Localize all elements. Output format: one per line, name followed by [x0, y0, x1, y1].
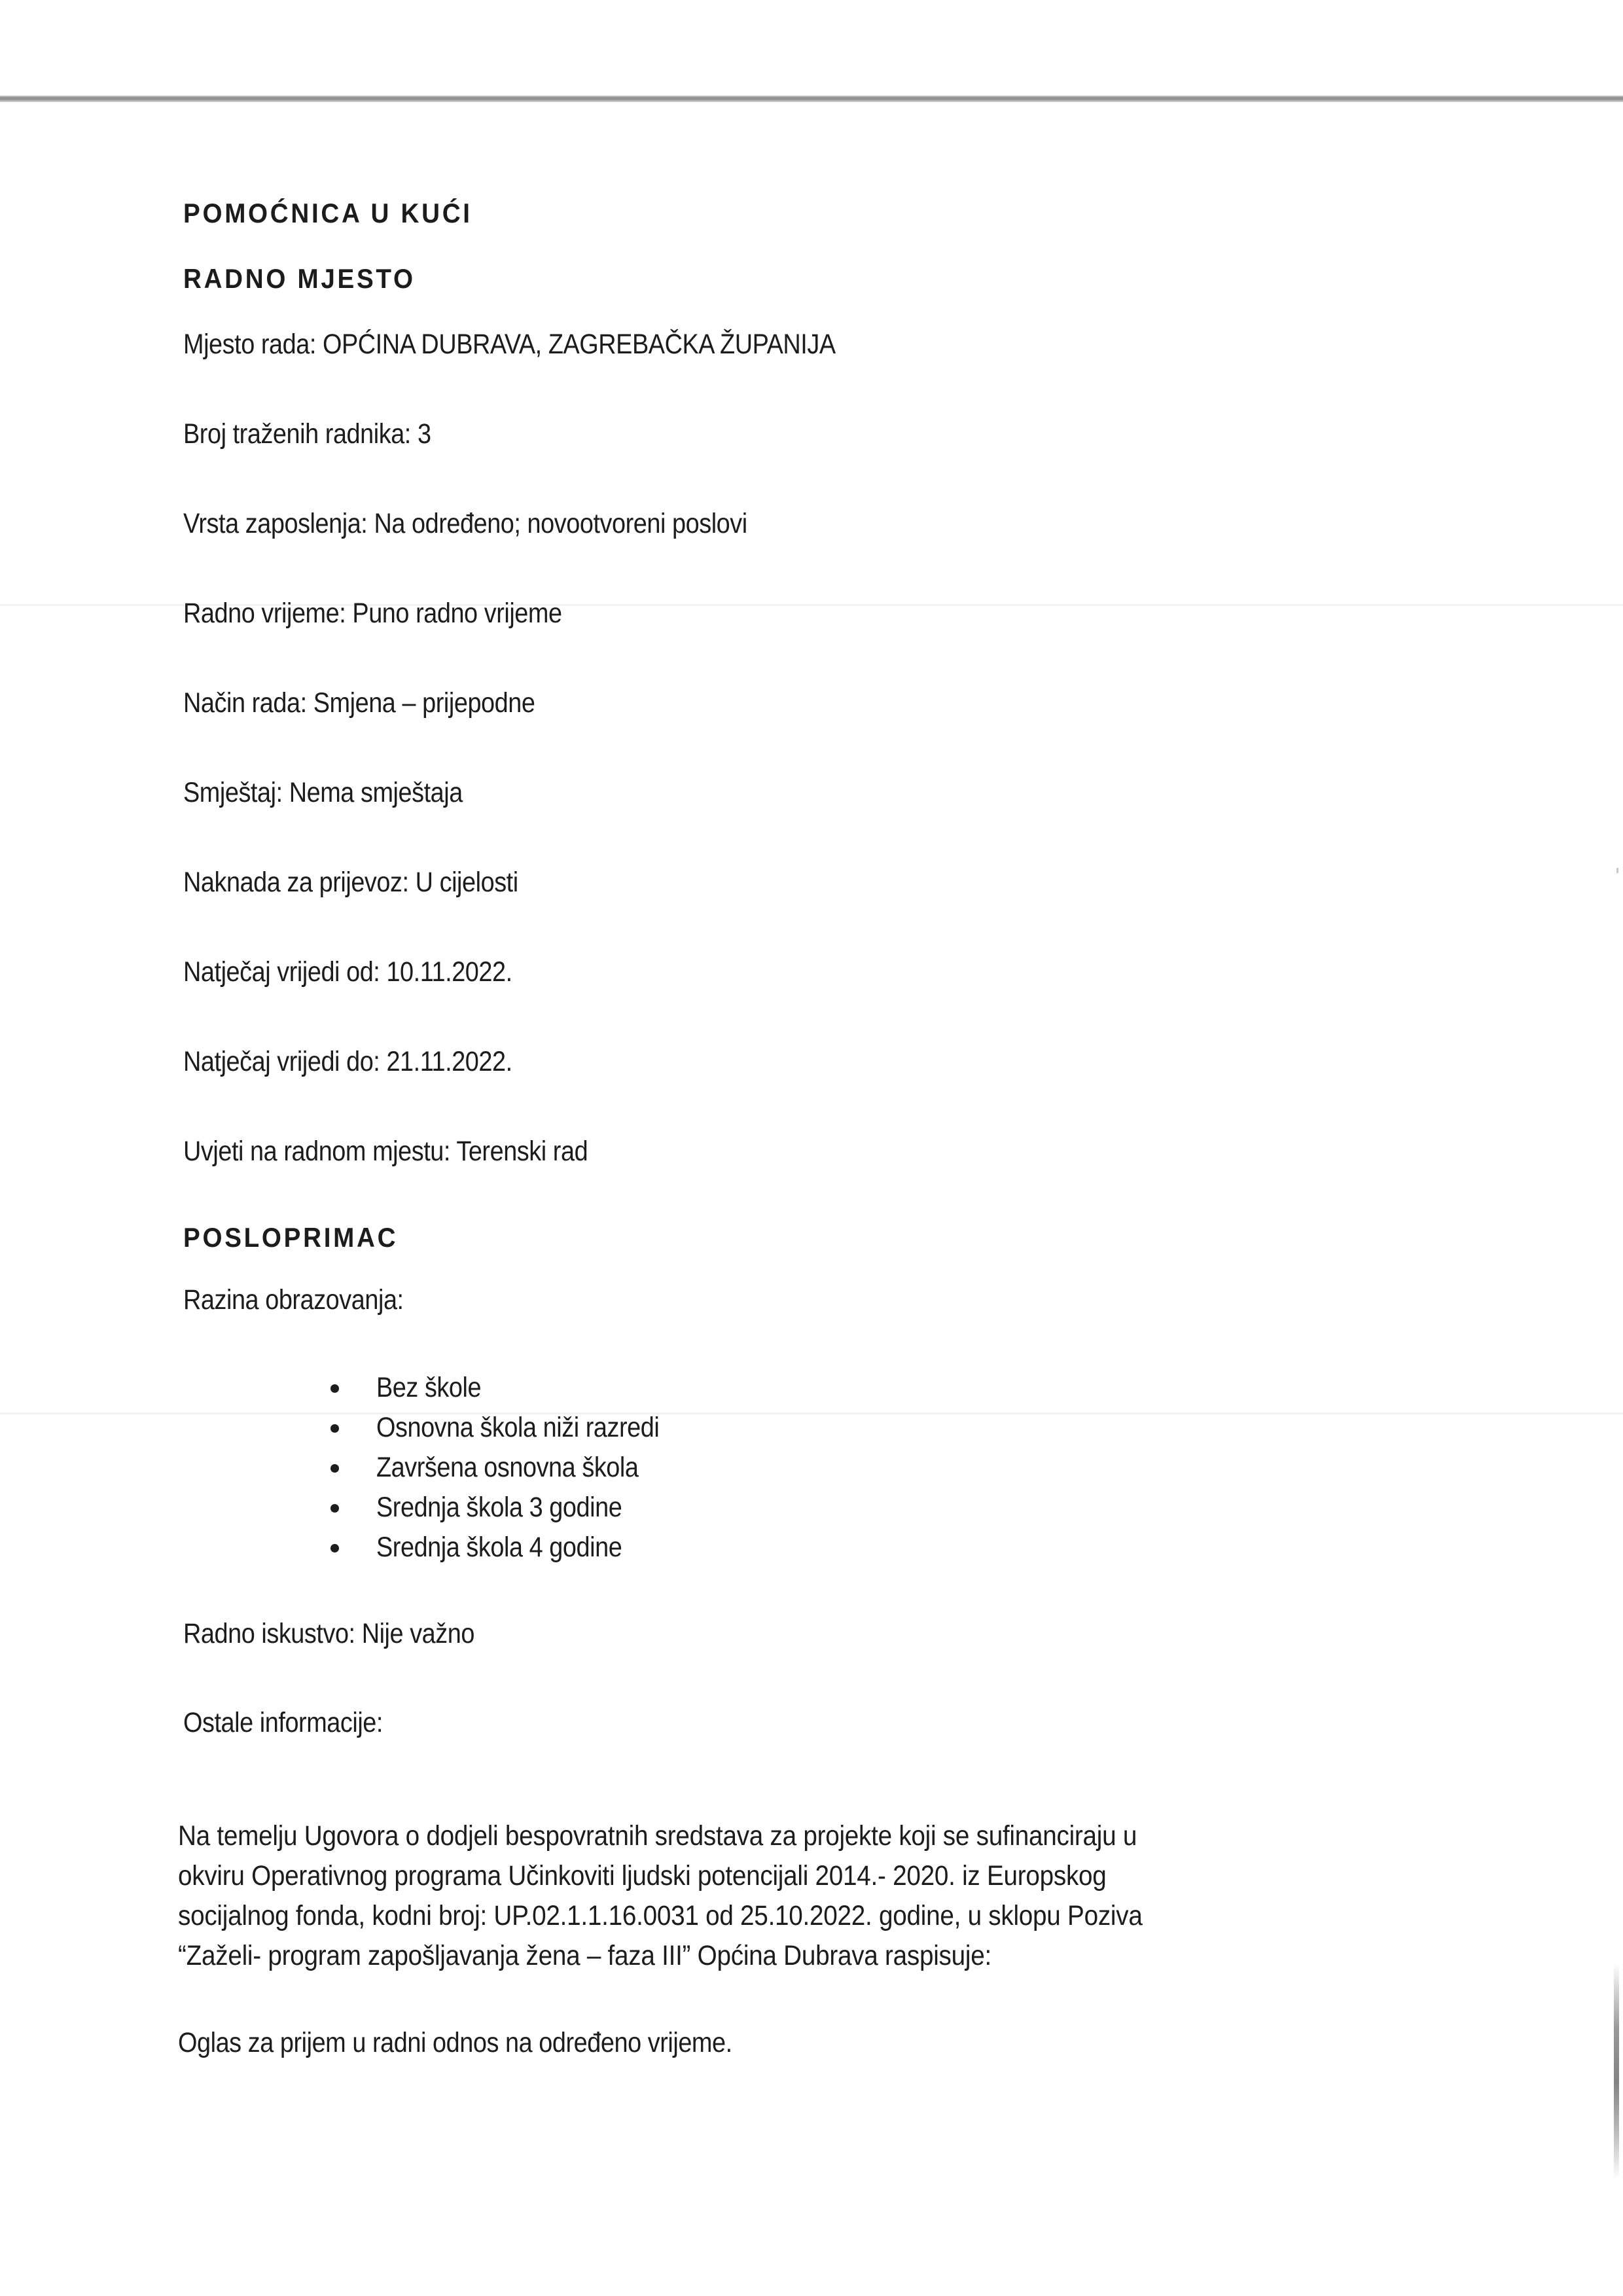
field-work-experience: Radno iskustvo: Nije važno — [183, 1617, 474, 1651]
field-work-conditions: Uvjeti na radnom mjestu: Terenski rad — [183, 1134, 588, 1168]
education-level: Osnovna škola niži razredi — [376, 1408, 659, 1448]
bullet-icon — [330, 1544, 339, 1552]
bullet-icon — [330, 1384, 339, 1393]
paragraph-line: “Zaželi- program zapošljavanja žena – fa… — [178, 1936, 1297, 1976]
education-level: Srednja škola 3 godine — [376, 1488, 622, 1528]
bullet-icon — [330, 1424, 339, 1433]
page-edge-shadow — [1614, 1964, 1619, 2179]
bullet-icon — [330, 1504, 339, 1513]
field-valid-from: Natječaj vrijedi od: 10.11.2022. — [183, 955, 512, 989]
field-working-hours: Radno vrijeme: Puno radno vrijeme — [183, 596, 562, 630]
document-title: POMOĆNICA U KUĆI — [183, 196, 473, 230]
section-heading-employee: POSLOPRIMAC — [183, 1221, 398, 1255]
field-transport-allowance: Naknada za prijevoz: U cijelosti — [183, 865, 518, 899]
section-heading-job: RADNO MJESTO — [183, 262, 416, 296]
paragraph-line: Na temelju Ugovora o dodjeli bespovratni… — [178, 1816, 1297, 1856]
closing-announcement: Oglas za prijem u radni odnos na određen… — [178, 2026, 732, 2060]
scan-streak — [0, 1412, 1623, 1414]
legal-basis-paragraph: Na temelju Ugovora o dodjeli bespovratni… — [178, 1816, 1421, 1976]
paragraph-line: okviru Operativnog programa Učinkoviti l… — [178, 1856, 1297, 1896]
education-level: Srednja škola 4 godine — [376, 1528, 622, 1568]
page-top-rule — [0, 96, 1623, 102]
field-work-location: Mjesto rada: OPĆINA DUBRAVA, ZAGREBAČKA … — [183, 327, 836, 361]
bullet-icon — [330, 1464, 339, 1473]
scan-speck — [1616, 868, 1618, 873]
other-info-label: Ostale informacije: — [183, 1706, 383, 1740]
education-label: Razina obrazovanja: — [183, 1283, 404, 1317]
field-accommodation: Smještaj: Nema smještaja — [183, 776, 463, 810]
field-workers-needed: Broj traženih radnika: 3 — [183, 417, 431, 451]
field-work-mode: Način rada: Smjena – prijepodne — [183, 686, 535, 720]
education-level: Bez škole — [376, 1368, 481, 1408]
paragraph-line: socijalnog fonda, kodni broj: UP.02.1.1.… — [178, 1896, 1297, 1936]
education-level: Završena osnovna škola — [376, 1448, 638, 1488]
field-employment-type: Vrsta zaposlenja: Na određeno; novootvor… — [183, 507, 747, 541]
field-valid-until: Natječaj vrijedi do: 21.11.2022. — [183, 1045, 512, 1079]
